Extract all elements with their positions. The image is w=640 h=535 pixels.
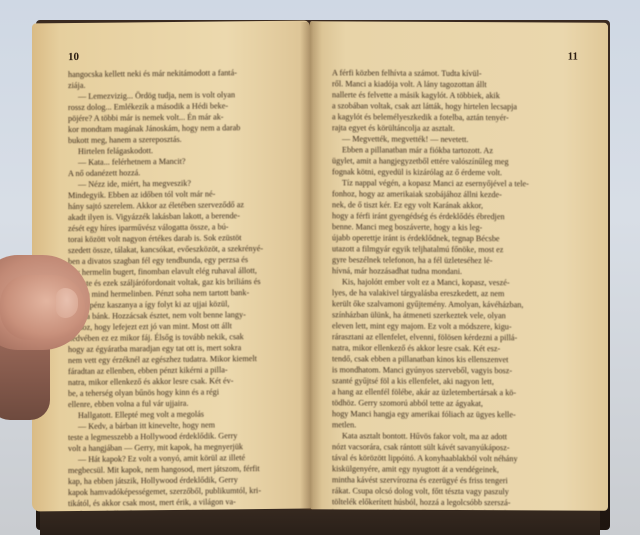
right-page-text: A férfi közben felhívta a számot. Tudta … (332, 67, 578, 510)
right-page-number: 11 (332, 49, 578, 62)
left-page-text: hangocska kellett neki és már nekitámodo… (68, 67, 300, 512)
left-page-number: 10 (68, 49, 300, 63)
text-line: hogy Manci hangja egy amerikai fóliach a… (332, 408, 578, 420)
right-page: 11 A férfi közben felhívta a számot. Tud… (310, 21, 608, 511)
thumb-nail (56, 288, 78, 318)
photo-scene: 10 hangocska kellett neki és már nekitám… (0, 0, 640, 535)
